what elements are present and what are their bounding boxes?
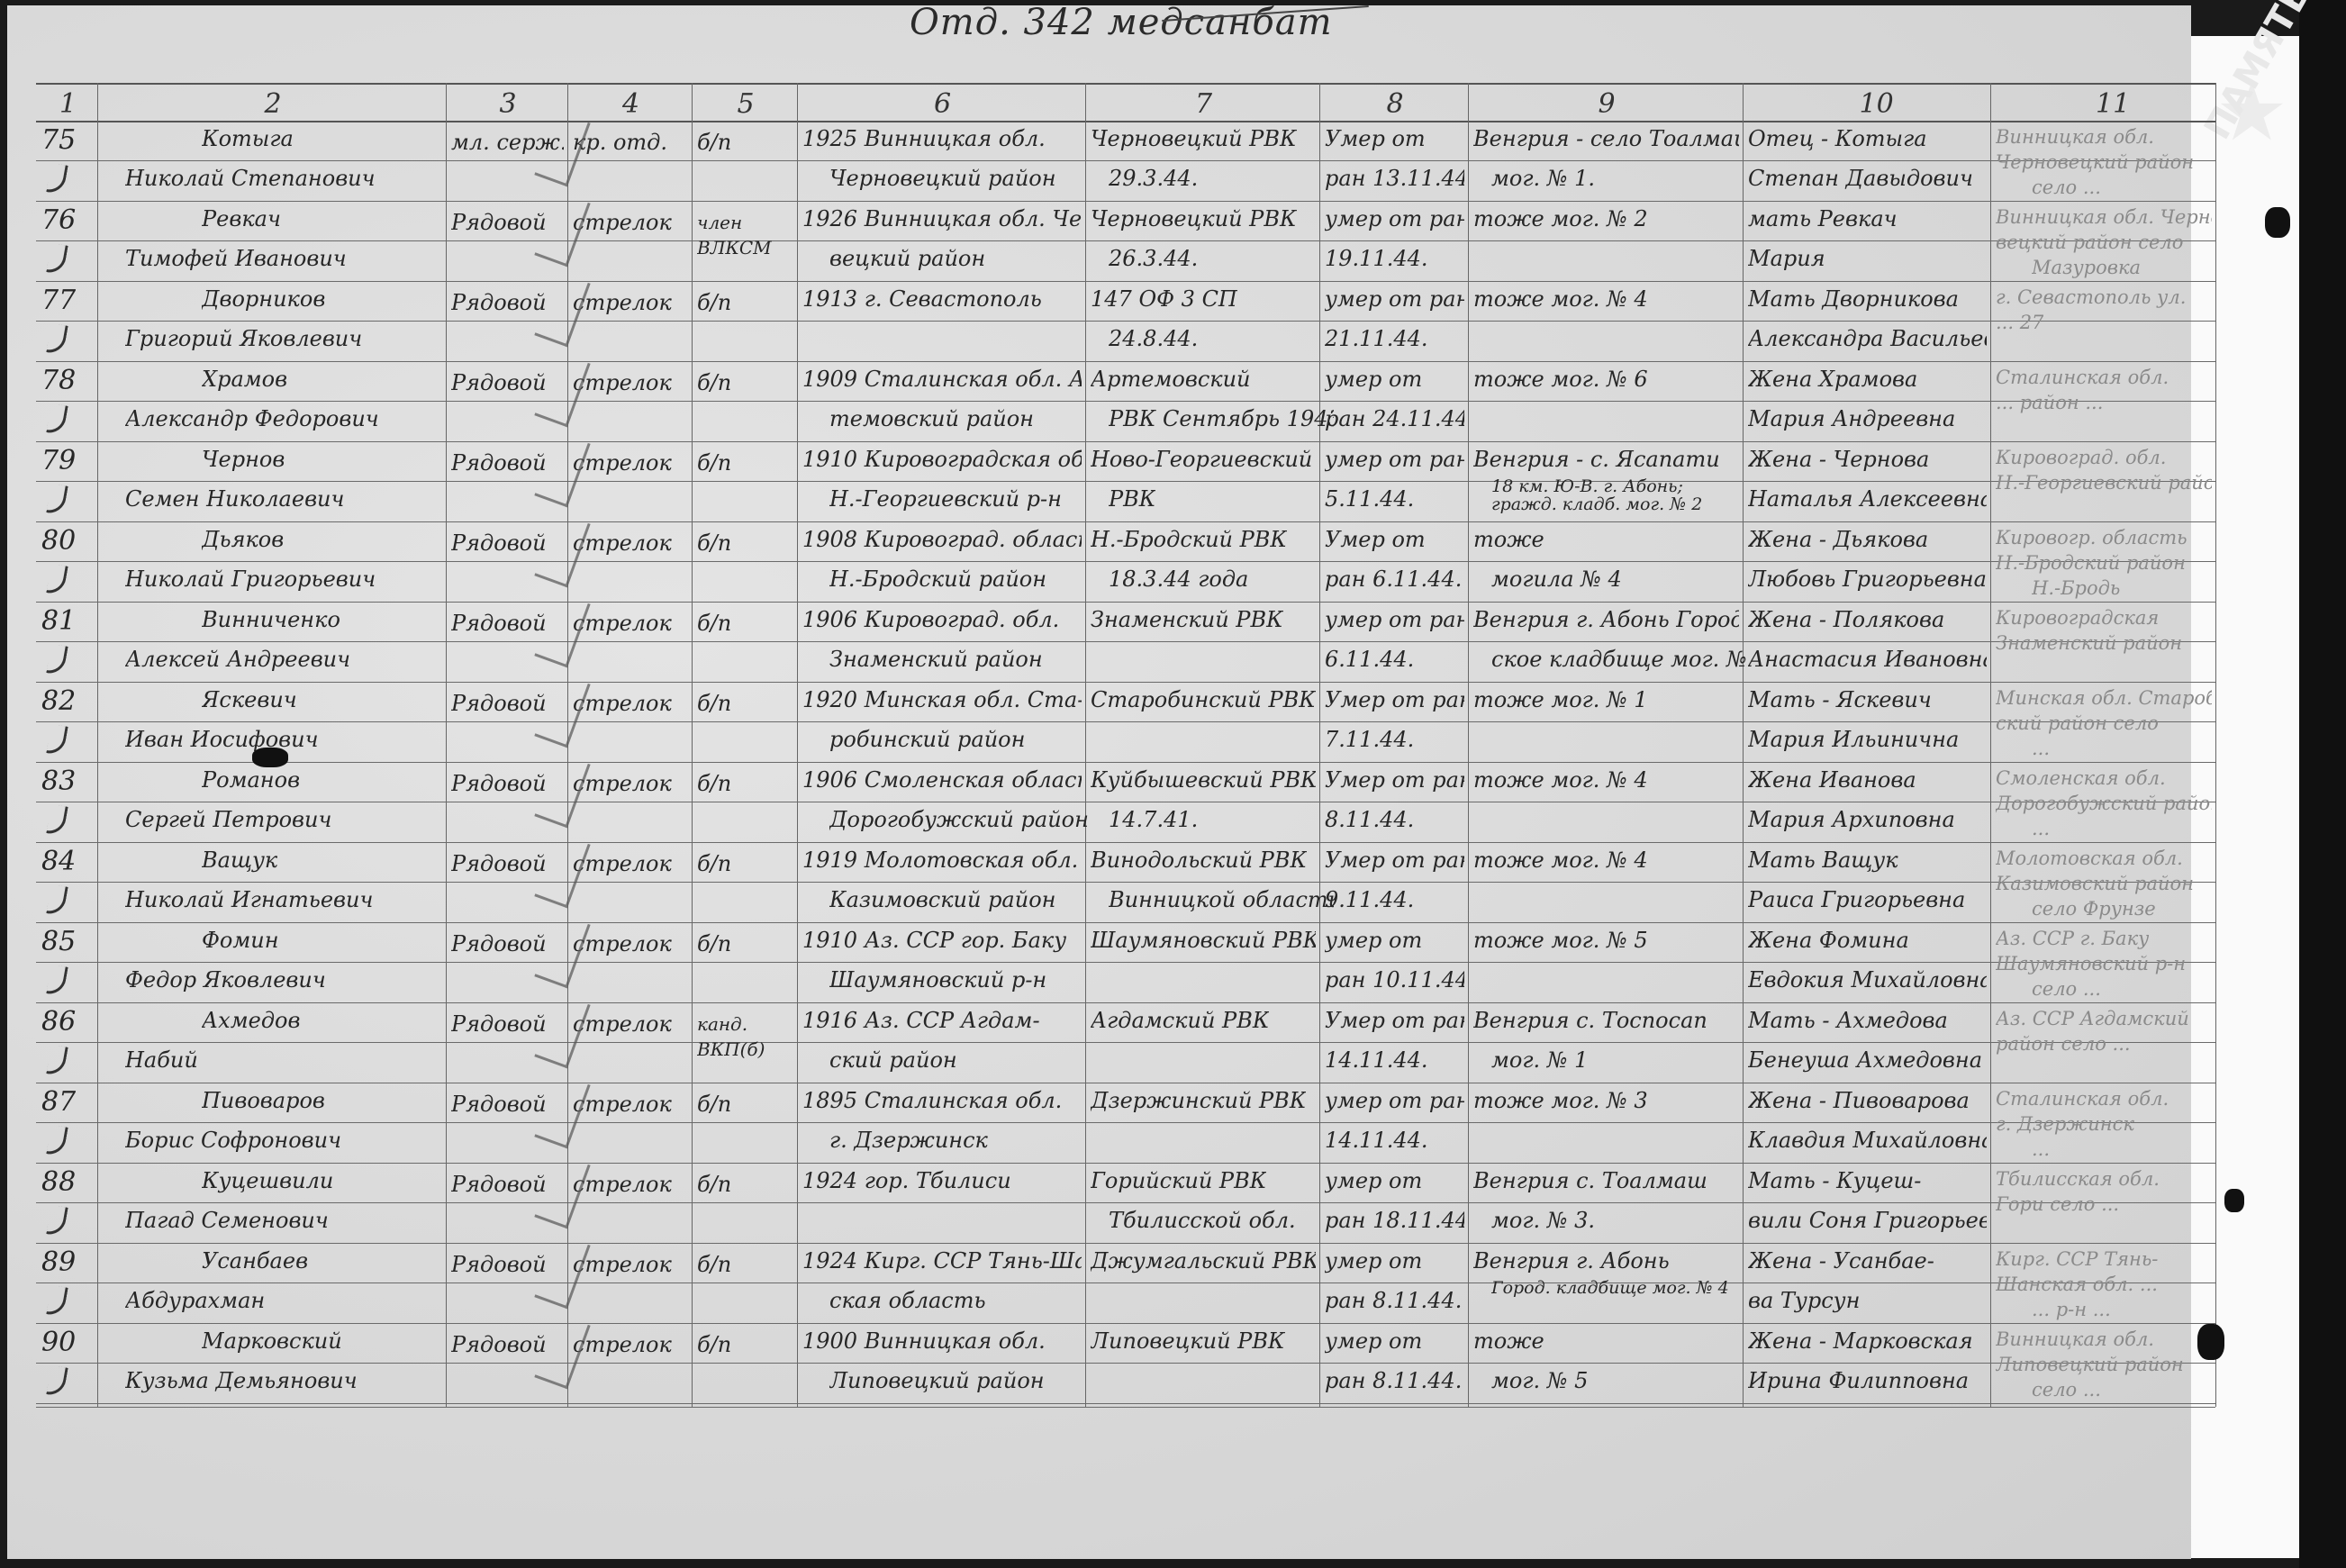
kin-line1: Жена - Марковская (1748, 1328, 1973, 1354)
birth-line1: 1924 гор. Тбилиси (802, 1168, 1011, 1193)
address-line2: ... 27 (1996, 310, 2043, 335)
burial-line1: тоже мог. № 4 (1473, 767, 1648, 793)
rank: Рядовой (451, 370, 547, 395)
document-title: Отд. 342 медсанбат (910, 2, 1333, 43)
death-line1: умер от (1325, 1328, 1422, 1354)
rank: Рядовой (451, 210, 547, 235)
row-rule (36, 641, 2215, 642)
column-number-10: 10 (1860, 88, 1894, 120)
birth-line1: 1906 Кировоград. обл. (802, 607, 1059, 632)
position: стрелок (573, 530, 672, 556)
birth-line2: Дорогобужский район (829, 807, 1089, 832)
table-row: 77ДворниковГригорий ЯковлевичРядовойстре… (36, 281, 2215, 361)
death-line2: 14.11.44. (1325, 1047, 1428, 1073)
death-line1: умер от (1325, 1248, 1422, 1273)
burial-line2: ское кладбище мог. № 1 (1491, 647, 1757, 672)
burial-line1: тоже мог. № 4 (1473, 847, 1648, 873)
surname: Яскевич (202, 687, 297, 712)
address-line1: Кировоград. обл. (1996, 445, 2166, 470)
death-line2: 19.11.44. (1325, 246, 1428, 271)
ink-blot (252, 748, 288, 767)
kin-line1: Жена - Полякова (1748, 607, 1944, 632)
kin-line1: Жена Иванова (1748, 767, 1916, 793)
party-status: б/п (697, 1332, 731, 1357)
rank: Рядовой (451, 931, 547, 956)
rank: Рядовой (451, 450, 547, 476)
birth-line2: Н.-Георгиевский р-н (829, 486, 1062, 512)
bracket-mark-icon (46, 1365, 68, 1398)
address-line3: село ... (2032, 1377, 2101, 1402)
position: стрелок (573, 210, 672, 235)
birth-line2: Казимовский район (829, 887, 1055, 912)
party-status: б/п (697, 1092, 731, 1117)
address-line1: Аз. ССР г. Баку (1996, 926, 2149, 951)
table-row: 80ДьяковНиколай ГригорьевичРядовойстрело… (36, 521, 2215, 602)
address-line1: Сталинская обл. (1996, 1086, 2169, 1111)
kin-line1: Жена - Чернова (1748, 447, 1929, 472)
surname: Романов (202, 767, 300, 793)
address-line1: Кировоградская (1996, 605, 2159, 630)
scan-border (2299, 0, 2346, 1568)
party-status: б/п (697, 771, 731, 796)
given-names: Александр Федорович (125, 406, 379, 431)
party-status: б/п (697, 1252, 731, 1277)
position: стрелок (573, 691, 672, 716)
address-line2: Шаумяновский р-н (1996, 951, 2186, 976)
given-names: Николай Степанович (125, 166, 376, 191)
bracket-mark-icon (46, 884, 68, 917)
draft-date: 18.3.44 года (1109, 566, 1248, 592)
given-names: Николай Игнатьевич (125, 887, 373, 912)
death-line2: 9.11.44. (1325, 887, 1414, 912)
birth-line1: 1916 Аз. ССР Агдам- (802, 1008, 1040, 1033)
kin-line2: Бенеуша Ахмедовна (1748, 1047, 1982, 1073)
column-number-8: 8 (1387, 88, 1404, 120)
given-names: Иван Иосифович (125, 727, 319, 752)
draft-date: Винницкой области (1109, 887, 1334, 912)
kin-line2: Мария (1748, 246, 1825, 271)
death-line1: Умер от (1325, 126, 1426, 151)
row-rule (36, 1122, 2215, 1123)
address-line2: Знаменский район (1996, 630, 2182, 656)
kin-line1: Мать Дворникова (1748, 286, 1959, 312)
surname: Храмов (202, 367, 287, 392)
birth-line2: темовский район (829, 406, 1034, 431)
table-row: 78ХрамовАлександр ФедоровичРядовойстрело… (36, 361, 2215, 441)
column-number-6: 6 (934, 88, 951, 120)
kin-line2: Мария Андреевна (1748, 406, 1955, 431)
burial-line2: мог. № 1. (1491, 166, 1595, 191)
kin-line2: вили Соня Григорьевна (1748, 1208, 1987, 1233)
death-line1: умер от (1325, 928, 1422, 953)
draft-office: Дзержинский РВК (1091, 1088, 1306, 1113)
death-line2: ран 10.11.44. (1325, 967, 1464, 992)
draft-date: 26.3.44. (1109, 246, 1198, 271)
bracket-mark-icon (46, 965, 68, 997)
header-rule (36, 83, 2215, 85)
row-number: 85 (41, 929, 76, 955)
draft-date: 24.8.44. (1109, 326, 1198, 351)
surname: Марковский (202, 1328, 342, 1354)
address-line2: Н.-Бродский район (1996, 550, 2186, 576)
row-number: 78 (41, 368, 76, 394)
death-line1: умер от ран (1325, 447, 1464, 472)
death-line2: 21.11.44. (1325, 326, 1428, 351)
address-line3: село Фрунзе (2032, 896, 2156, 921)
surname: Дьяков (202, 527, 284, 552)
kin-line1: Жена - Усанбае- (1748, 1248, 1934, 1273)
party-status: б/п (697, 611, 731, 636)
kin-line2: ва Турсун (1748, 1288, 1860, 1313)
birth-line2: Липовецкий район (829, 1368, 1045, 1393)
column-number-7: 7 (1195, 88, 1212, 120)
burial-line2: мог. № 5 (1491, 1368, 1588, 1393)
surname: Ващук (202, 847, 277, 873)
draft-office: Старобинский РВК (1091, 687, 1316, 712)
address-line1: Сталинская обл. (1996, 365, 2169, 390)
birth-line2: вецкий район (829, 246, 985, 271)
given-names: Тимофей Иванович (125, 246, 347, 271)
row-rule (36, 1282, 2215, 1283)
address-line3: ... р-н ... (2032, 1297, 2111, 1322)
death-line2: 6.11.44. (1325, 647, 1414, 672)
bracket-mark-icon (46, 484, 68, 516)
table-row: 84ВащукНиколай ИгнатьевичРядовойстрелокб… (36, 842, 2215, 922)
address-line2: Н.-Георгиевский район (1996, 470, 2212, 495)
rank: Рядовой (451, 290, 547, 315)
birth-line1: 1909 Сталинская обл. Ар- (802, 367, 1082, 392)
address-line1: Молотовская обл. (1996, 846, 2183, 871)
row-rule (36, 160, 2215, 161)
position: стрелок (573, 1172, 672, 1197)
kin-line1: Отец - Котыга (1748, 126, 1927, 151)
row-number: 76 (41, 208, 76, 233)
position: стрелок (573, 1252, 672, 1277)
address-line2: ский район село (1996, 711, 2159, 736)
birth-line2: робинский район (829, 727, 1025, 752)
birth-line1: 1913 г. Севастополь (802, 286, 1042, 312)
rank: Рядовой (451, 1332, 547, 1357)
burial-line1: Венгрия - село Тоалмаш (1473, 126, 1739, 151)
draft-office: Горийский РВК (1091, 1168, 1266, 1193)
bracket-mark-icon (46, 323, 68, 356)
column-number-5: 5 (738, 88, 755, 120)
bracket-mark-icon (46, 163, 68, 195)
address-line1: Аз. ССР Агдамский (1996, 1006, 2189, 1031)
position: стрелок (573, 1011, 672, 1037)
kin-line1: Жена Фомина (1748, 928, 1909, 953)
death-line1: умер от ран (1325, 1088, 1464, 1113)
burial-line1: тоже мог. № 6 (1473, 367, 1648, 392)
row-number: 83 (41, 769, 76, 794)
birth-line2: г. Дзержинск (829, 1128, 988, 1153)
death-line2: 8.11.44. (1325, 807, 1414, 832)
birth-line1: 1925 Винницкая обл. (802, 126, 1046, 151)
address-line2: район село ... (1996, 1031, 2131, 1056)
address-line3: Н.-Бродь (2032, 576, 2120, 601)
kin-line1: Жена Храмова (1748, 367, 1917, 392)
address-line2: Липовецкий район (1996, 1352, 2184, 1377)
given-names: Федор Яковлевич (125, 967, 326, 992)
death-line2: 7.11.44. (1325, 727, 1414, 752)
row-number: 80 (41, 529, 76, 554)
address-line2: Гори село ... (1996, 1192, 2119, 1217)
party-status: б/п (697, 130, 731, 155)
row-rule (36, 1042, 2215, 1043)
given-names: Николай Григорьевич (125, 566, 376, 592)
address-line2: вецкий район село (1996, 230, 2183, 255)
surname: Фомин (202, 928, 279, 953)
surname: Винниченко (202, 607, 340, 632)
party-status: б/п (697, 851, 731, 876)
birth-line1: 1906 Смоленская область (802, 767, 1082, 793)
row-rule (36, 1403, 2215, 1404)
draft-date: РВК (1109, 486, 1155, 512)
table-bottom-rule (36, 1407, 2215, 1408)
given-names: Набий (125, 1047, 198, 1073)
ink-blot (2265, 207, 2290, 238)
bracket-mark-icon (46, 243, 68, 276)
address-line1: Винницкая обл. (1996, 1327, 2154, 1352)
kin-line2: Александра Васильевна (1748, 326, 1987, 351)
surname: Чернов (202, 447, 285, 472)
burial-line1: тоже (1473, 527, 1544, 552)
death-line2: ран 6.11.44. (1325, 566, 1462, 592)
draft-date: РВК Сентябрь 1943. (1109, 406, 1334, 431)
kin-line1: Мать - Ахмедова (1748, 1008, 1948, 1033)
birth-line2: Н.-Бродский район (829, 566, 1046, 592)
kin-line1: Мать - Яскевич (1748, 687, 1932, 712)
party-status: б/п (697, 691, 731, 716)
kin-line2: Мария Ильинична (1748, 727, 1959, 752)
party-status: канд. ВКП(б) (697, 1011, 793, 1062)
death-line1: умер от ран (1325, 206, 1464, 231)
draft-office: Джумгальский РВК (1091, 1248, 1316, 1273)
given-names: Кузьма Демьянович (125, 1368, 358, 1393)
ink-blot (2224, 1189, 2244, 1212)
death-line2: ран 8.11.44. (1325, 1368, 1462, 1393)
given-names: Борис Софронович (125, 1128, 341, 1153)
row-number: 79 (41, 449, 76, 474)
draft-date: Тбилисской обл. (1109, 1208, 1296, 1233)
address-line3: село ... (2032, 976, 2101, 1002)
burial-line1: Венгрия г. Абонь Город- (1473, 607, 1739, 632)
birth-line1: 1908 Кировоград. область (802, 527, 1082, 552)
birth-line2: ский район (829, 1047, 957, 1073)
death-line1: Умер от ран (1325, 1008, 1464, 1033)
birth-line2: Черновецкий район (829, 166, 1056, 191)
column-number-2: 2 (265, 88, 282, 120)
kin-line2: Клавдия Михайловна (1748, 1128, 1987, 1153)
row-rule (36, 1202, 2215, 1203)
surname: Ревкач (202, 206, 281, 231)
column-number-9: 9 (1599, 88, 1616, 120)
draft-office: Ново-Георгиевский (1091, 447, 1312, 472)
draft-office: Липовецкий РВК (1091, 1328, 1285, 1354)
address-line3: ... (2032, 816, 2050, 841)
kin-line1: Жена - Пивоварова (1748, 1088, 1970, 1113)
birth-line1: 1924 Кирг. ССР Тянь-Шан- (802, 1248, 1082, 1273)
party-status: б/п (697, 290, 731, 315)
row-rule (36, 481, 2215, 482)
birth-line1: 1910 Аз. ССР гор. Баку (802, 928, 1066, 953)
death-line2: ран 18.11.44. (1325, 1208, 1464, 1233)
party-status: б/п (697, 530, 731, 556)
birth-line1: 1920 Минская обл. Ста- (802, 687, 1082, 712)
kin-line2: Мария Архиповна (1748, 807, 1955, 832)
row-number: 88 (41, 1170, 76, 1195)
address-line3: Мазуровка (2032, 255, 2141, 280)
death-line2: ран 13.11.44. (1325, 166, 1464, 191)
position: стрелок (573, 1332, 672, 1357)
address-line3: ... (2032, 736, 2050, 761)
burial-line2: могила № 4 (1491, 566, 1622, 592)
party-status: член ВЛКСМ (697, 210, 793, 260)
bracket-mark-icon (46, 724, 68, 757)
rank: Рядовой (451, 851, 547, 876)
table-row: 86АхмедовНабийРядовойстрелокканд. ВКП(б)… (36, 1002, 2215, 1083)
rank: Рядовой (451, 1252, 547, 1277)
death-line1: умер от (1325, 1168, 1422, 1193)
burial-line2: 18 км. Ю-В. г. Абонь; гражд. кладб. мог.… (1491, 477, 1753, 513)
table-row: 82ЯскевичИван ИосифовичРядовойстрелокб/п… (36, 682, 2215, 762)
kin-line2: Наталья Алексеевна (1748, 486, 1987, 512)
death-line1: умер от (1325, 367, 1422, 392)
table-row: 89УсанбаевАбдурахманРядовойстрелокб/п192… (36, 1243, 2215, 1323)
draft-office: Шаумяновский РВК (1091, 928, 1316, 953)
draft-date: 14.7.41. (1109, 807, 1198, 832)
position: стрелок (573, 931, 672, 956)
death-line1: умер от ран (1325, 286, 1464, 312)
row-rule (36, 321, 2215, 322)
kin-line2: Степан Давыдович (1748, 166, 1973, 191)
address-line1: Смоленская обл. (1996, 766, 2166, 791)
kin-line1: Жена - Дьякова (1748, 527, 1928, 552)
kin-line2: Раиса Григорьевна (1748, 887, 1965, 912)
row-rule (36, 962, 2215, 963)
bracket-mark-icon (46, 1045, 68, 1077)
column-number-1: 1 (59, 88, 77, 120)
table-row: 81ВинниченкоАлексей АндреевичРядовойстре… (36, 602, 2215, 682)
birth-line1: 1919 Молотовская обл. (802, 847, 1078, 873)
death-line2: 5.11.44. (1325, 486, 1414, 512)
position: стрелок (573, 851, 672, 876)
row-rule (36, 721, 2215, 722)
row-number: 82 (41, 689, 76, 714)
draft-office: Агдамский РВК (1091, 1008, 1269, 1033)
table-row: 85ФоминФедор ЯковлевичРядовойстрелокб/п1… (36, 922, 2215, 1002)
row-rule (36, 802, 2215, 802)
table-row: 75КотыгаНиколай Степановичмл. серж.кр. о… (36, 121, 2215, 201)
address-line3: ... (2032, 1137, 2050, 1162)
kin-line2: Ирина Филипповна (1748, 1368, 1969, 1393)
rank: Рядовой (451, 771, 547, 796)
birth-line1: 1910 Кировоградская обл. (802, 447, 1082, 472)
draft-office: Черновецкий РВК (1091, 126, 1297, 151)
address-line2: Шанская обл. ... (1996, 1272, 2158, 1297)
kin-line2: Евдокия Михайловна (1748, 967, 1987, 992)
bracket-mark-icon (46, 564, 68, 596)
position: стрелок (573, 771, 672, 796)
address-line1: Минская обл. Старобин- (1996, 685, 2212, 711)
row-number: 90 (41, 1330, 76, 1355)
draft-office: Знаменский РВК (1091, 607, 1283, 632)
burial-line1: Венгрия с. Тоалмаш (1473, 1168, 1707, 1193)
draft-office: Н.-Бродский РВК (1091, 527, 1287, 552)
table-row: 79ЧерновСемен НиколаевичРядовойстрелокб/… (36, 441, 2215, 521)
rank: Рядовой (451, 1172, 547, 1197)
death-line2: ран 24.11.44. (1325, 406, 1464, 431)
birth-line2: Шаумяновский р-н (829, 967, 1046, 992)
birth-line2: ская область (829, 1288, 986, 1313)
kin-line2: Анастасия Ивановна (1748, 647, 1987, 672)
address-line2: Черновецкий район (1996, 150, 2194, 175)
bracket-mark-icon (46, 644, 68, 676)
position: кр. отд. (573, 130, 667, 155)
row-rule (36, 1363, 2215, 1364)
given-names: Сергей Петрович (125, 807, 331, 832)
draft-office: Артемовский (1091, 367, 1251, 392)
birth-line1: 1900 Винницкая обл. (802, 1328, 1046, 1354)
draft-office: Черновецкий РВК (1091, 206, 1297, 231)
burial-line1: Венгрия - с. Ясапати (1473, 447, 1720, 472)
column-number-3: 3 (500, 88, 517, 120)
burial-line2: мог. № 1 (1491, 1047, 1588, 1073)
address-line2: г. Дзержинск (1996, 1111, 2134, 1137)
column-number-11: 11 (2096, 88, 2130, 120)
given-names: Семен Николаевич (125, 486, 344, 512)
position: стрелок (573, 290, 672, 315)
surname: Куцешвили (202, 1168, 333, 1193)
table-row: 83РомановСергей ПетровичРядовойстрелокб/… (36, 762, 2215, 842)
row-number: 77 (41, 288, 76, 313)
rank: Рядовой (451, 691, 547, 716)
death-line1: Умер от ран (1325, 767, 1464, 793)
given-names: Алексей Андреевич (125, 647, 350, 672)
bracket-mark-icon (46, 804, 68, 837)
party-status: б/п (697, 370, 731, 395)
rank: Рядовой (451, 1092, 547, 1117)
row-number: 81 (41, 609, 76, 634)
row-number: 89 (41, 1250, 76, 1275)
given-names: Григорий Яковлевич (125, 326, 362, 351)
burial-line2: мог. № 3. (1491, 1208, 1595, 1233)
address-line2: Казимовский район (1996, 871, 2194, 896)
address-line1: г. Севастополь ул. (1996, 285, 2186, 310)
burial-line2: Город. кладбище мог. № 4 (1491, 1279, 1753, 1297)
death-line1: Умер от ран (1325, 687, 1464, 712)
position: стрелок (573, 611, 672, 636)
burial-line1: тоже (1473, 1328, 1544, 1354)
party-status: б/п (697, 1172, 731, 1197)
surname: Дворников (202, 286, 325, 312)
burial-line1: тоже мог. № 3 (1473, 1088, 1648, 1113)
birth-line1: 1895 Сталинская обл. (802, 1088, 1062, 1113)
row-number: 84 (41, 849, 76, 875)
burial-line1: тоже мог. № 1 (1473, 687, 1648, 712)
address-line1: Тбилисская обл. (1996, 1166, 2160, 1192)
row-number: 87 (41, 1090, 76, 1115)
death-line2: ран 8.11.44. (1325, 1288, 1462, 1313)
death-line1: умер от ран (1325, 607, 1464, 632)
table-row: 90МарковскийКузьма ДемьяновичРядовойстре… (36, 1323, 2215, 1403)
row-rule (36, 240, 2215, 241)
address-line1: Винницкая обл. (1996, 124, 2154, 150)
rank: Рядовой (451, 530, 547, 556)
burial-line1: Венгрия с. Тоспосап (1473, 1008, 1707, 1033)
table-row: 88КуцешвилиПагад СеменовичРядовойстрелок… (36, 1163, 2215, 1243)
burial-line1: тоже мог. № 5 (1473, 928, 1648, 953)
